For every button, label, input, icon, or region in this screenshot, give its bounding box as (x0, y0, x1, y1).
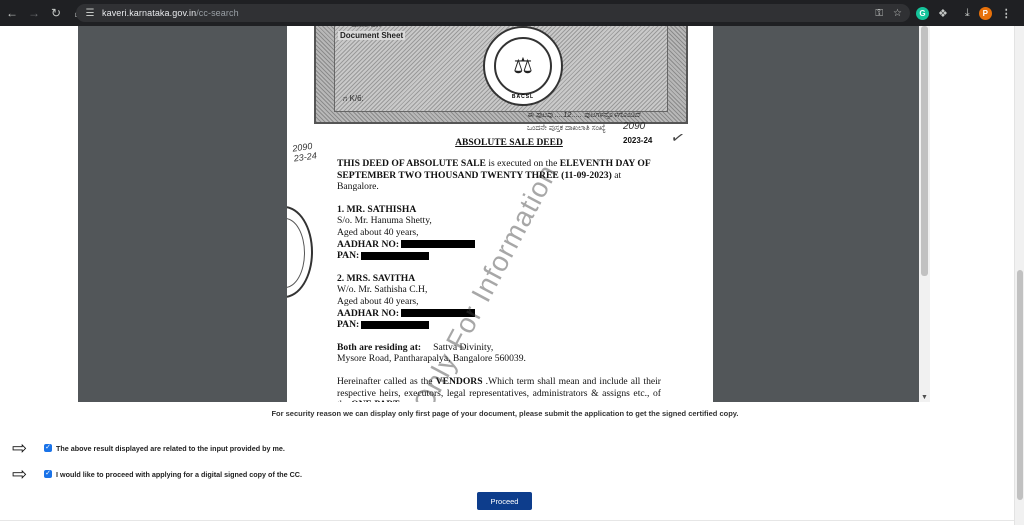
scroll-down-icon[interactable]: ▼ (919, 394, 930, 401)
reload-button[interactable]: ↻ (46, 3, 66, 23)
viewer-scrollbar[interactable]: ▼ (919, 26, 930, 402)
url-text[interactable]: kaveri.karnataka.gov.in/cc-search (102, 8, 239, 18)
apply-digital-copy-row: ⇨ ✓ I would like to proceed with applyin… (12, 466, 302, 482)
reload-icon: ↻ (51, 6, 61, 20)
page-scrollbar[interactable] (1014, 26, 1024, 525)
arrow-right-icon: → (28, 6, 40, 20)
download-icon[interactable]: ⤓ (965, 7, 970, 20)
redaction-bar (361, 252, 429, 260)
apply-digital-copy-checkbox[interactable]: ✓ (44, 470, 52, 478)
deed-intro: THIS DEED OF ABSOLUTE SALE is executed o… (337, 158, 661, 193)
left-seal-icon (287, 206, 313, 298)
star-icon[interactable]: ☆ (893, 8, 902, 19)
stamp-book-number: ಒಂದನೇ ಪುಸ್ತಕ ದಾಖಲಾತಿ ಸಂಖ್ಯೆ (527, 123, 606, 133)
arrow-right-outline-icon: ⇨ (12, 440, 38, 456)
seal-text: BACSL (485, 94, 561, 100)
proceed-button[interactable]: Proceed (477, 492, 532, 510)
browser-toolbar: ← → ↻ ⌂ ☰ kaveri.karnataka.gov.in/cc-sea… (0, 0, 1024, 26)
grammarly-extension-icon[interactable]: G (916, 7, 929, 20)
stamp-label: Document Sheet (338, 31, 405, 40)
forward-button[interactable]: → (24, 3, 44, 23)
stamp-kannada-label: ದಾಖಲೆ ಹಾಳೆ (352, 26, 382, 30)
page-scrollbar-thumb[interactable] (1017, 270, 1023, 500)
party1-aadhar-label: AADHAR NO: (337, 239, 399, 250)
stamp-page-count: ಈ ಪುಟವು ....12..... ಪುಟಗಳನ್ನೊಳಗೊಂಡಿದೆ (527, 110, 640, 120)
url-host: kaveri.karnataka.gov.in (102, 8, 196, 18)
confirm-result-row: ⇨ ✓ The above result displayed are relat… (12, 440, 285, 456)
confirm-result-label[interactable]: The above result displayed are related t… (56, 444, 285, 453)
redaction-bar (361, 321, 429, 329)
redaction-bar (401, 240, 475, 248)
party1-age: Aged about 40 years, (337, 227, 419, 238)
party2-name: 2. MRS. SAVITHA (337, 273, 415, 284)
security-note: For security reason we can display only … (0, 409, 1010, 418)
arrow-left-icon: ← (6, 6, 18, 20)
more-vertical-icon[interactable]: ⋮ (1001, 7, 1012, 20)
profile-avatar[interactable]: P (979, 7, 992, 20)
party1-pan-label: PAN: (337, 250, 359, 261)
confirm-result-checkbox[interactable]: ✓ (44, 444, 52, 452)
residence: Both are residing at: Sattva Divinity, M… (337, 342, 661, 365)
divider (0, 520, 1014, 521)
party2-aadhar-label: AADHAR NO: (337, 308, 399, 319)
puzzle-icon[interactable]: ❖ (938, 7, 948, 20)
residing-label: Both are residing at: (337, 342, 421, 353)
scales-icon: ⚖ (494, 37, 552, 95)
document-viewer[interactable]: ದಾಖಲೆ ಹಾಳೆ Document Sheet ⚖ BACSL ಗ K/6:… (78, 26, 930, 402)
party1-relation: S/o. Mr. Hanuma Shetty, (337, 215, 432, 226)
one-part-label: ONE PART. (351, 399, 401, 402)
stamp-k6: ಗ K/6: (343, 94, 364, 104)
deed-title: ABSOLUTE SALE DEED (287, 138, 713, 148)
document-page: ದಾಖಲೆ ಹಾಳೆ Document Sheet ⚖ BACSL ಗ K/6:… (287, 26, 713, 402)
back-button[interactable]: ← (2, 3, 22, 23)
apply-digital-copy-label[interactable]: I would like to proceed with applying fo… (56, 470, 302, 479)
key-icon[interactable]: ⚿ (875, 8, 883, 19)
viewer-scrollbar-thumb[interactable] (921, 26, 928, 276)
party2-pan-label: PAN: (337, 319, 359, 330)
intro-heading: THIS DEED OF ABSOLUTE SALE (337, 158, 486, 169)
arrow-right-outline-icon: ⇨ (12, 466, 38, 482)
handwritten-number: 2090 (623, 121, 645, 132)
tune-icon[interactable]: ☰ (84, 8, 96, 19)
hereinafter-clause: Hereinafter called as the VENDORS .Which… (337, 376, 661, 402)
url-path: /cc-search (196, 8, 239, 18)
bacsl-seal: ⚖ BACSL (483, 26, 563, 106)
page-content: ದಾಖಲೆ ಹಾಳೆ Document Sheet ⚖ BACSL ಗ K/6:… (0, 26, 1014, 525)
address-bar[interactable]: ☰ kaveri.karnataka.gov.in/cc-search ⚿ ☆ (76, 4, 910, 22)
party1-name: 1. MR. SATHISHA (337, 204, 416, 215)
party2-relation: W/o. Mr. Sathisha C.H, (337, 284, 427, 295)
party2-age: Aged about 40 years, (337, 296, 419, 307)
